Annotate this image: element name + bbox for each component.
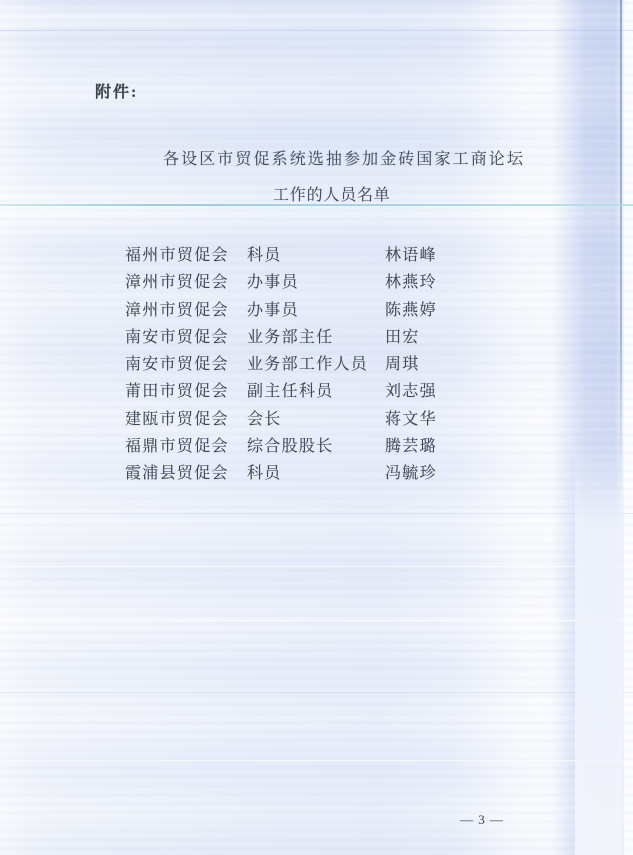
page-number: — 3 — <box>432 812 532 828</box>
scan-streak-line <box>0 620 633 621</box>
roster-row: 漳州市贸促会 办事员 林燕玲 <box>125 269 545 296</box>
document-title-line1: 各设区市贸促系统选抽参加金砖国家工商论坛 <box>163 146 525 169</box>
position-cell: 业务部主任 <box>247 324 334 351</box>
roster-row: 福州市贸促会 科员 林语峰 <box>125 242 545 269</box>
roster-row: 南安市贸促会 业务部主任 田宏 <box>125 324 545 351</box>
org-cell: 漳州市贸促会 <box>125 269 229 296</box>
roster-row: 霞浦县贸促会 科员 冯毓珍 <box>125 460 545 487</box>
org-cell: 建瓯市贸促会 <box>125 406 229 433</box>
position-cell: 科员 <box>247 460 282 487</box>
name-cell: 刘志强 <box>385 378 437 405</box>
org-cell: 南安市贸促会 <box>125 351 229 378</box>
position-cell: 办事员 <box>247 269 299 296</box>
scan-fade-overlay <box>575 440 622 855</box>
org-cell: 莆田市贸促会 <box>125 378 229 405</box>
name-cell: 冯毓珍 <box>385 460 437 487</box>
roster-row: 莆田市贸促会 副主任科员 刘志强 <box>125 378 545 405</box>
scan-fold-line <box>620 0 622 475</box>
roster-row: 福鼎市贸促会 综合股股长 腾芸璐 <box>125 433 545 460</box>
scan-streak-line <box>0 760 633 761</box>
scan-streak-line <box>0 513 633 514</box>
name-cell: 周琪 <box>385 351 420 378</box>
position-cell: 办事员 <box>247 297 299 324</box>
position-cell: 副主任科员 <box>247 378 334 405</box>
name-cell: 腾芸璐 <box>385 433 437 460</box>
scan-streak-line <box>0 566 633 567</box>
name-cell: 田宏 <box>385 324 420 351</box>
position-cell: 会长 <box>247 406 282 433</box>
roster-row: 建瓯市贸促会 会长 蒋文华 <box>125 406 545 433</box>
personnel-roster: 福州市贸促会 科员 林语峰 漳州市贸促会 办事员 林燕玲 漳州市贸促会 办事员 … <box>125 242 545 488</box>
position-cell: 业务部工作人员 <box>247 351 368 378</box>
name-cell: 蒋文华 <box>385 406 437 433</box>
roster-row: 漳州市贸促会 办事员 陈燕婷 <box>125 297 545 324</box>
position-cell: 科员 <box>247 242 282 269</box>
attachment-label: 附件: <box>95 79 138 102</box>
name-cell: 林燕玲 <box>385 269 437 296</box>
roster-row: 南安市贸促会 业务部工作人员 周琪 <box>125 351 545 378</box>
org-cell: 南安市贸促会 <box>125 324 229 351</box>
org-cell: 福州市贸促会 <box>125 242 229 269</box>
document-title-line2: 工作的人员名单 <box>273 182 391 205</box>
scan-streak-line <box>0 30 633 31</box>
org-cell: 福鼎市贸促会 <box>125 433 229 460</box>
name-cell: 林语峰 <box>385 242 437 269</box>
position-cell: 综合股股长 <box>247 433 334 460</box>
scanned-document-page: 附件: 各设区市贸促系统选抽参加金砖国家工商论坛 工作的人员名单 福州市贸促会 … <box>0 0 633 855</box>
scan-streak-line <box>0 692 633 693</box>
org-cell: 漳州市贸促会 <box>125 297 229 324</box>
org-cell: 霞浦县贸促会 <box>125 460 229 487</box>
divider-line <box>0 204 633 206</box>
name-cell: 陈燕婷 <box>385 297 437 324</box>
